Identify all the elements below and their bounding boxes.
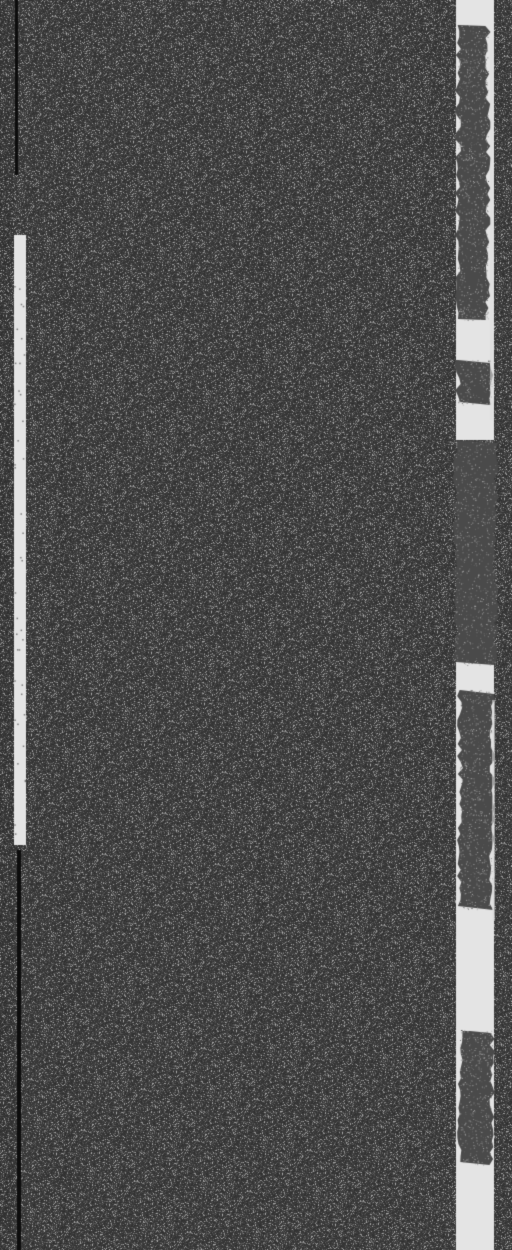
road-surface-image: Asphalt road surface with a solid white … (0, 0, 512, 1250)
asphalt-texture (0, 0, 512, 1250)
